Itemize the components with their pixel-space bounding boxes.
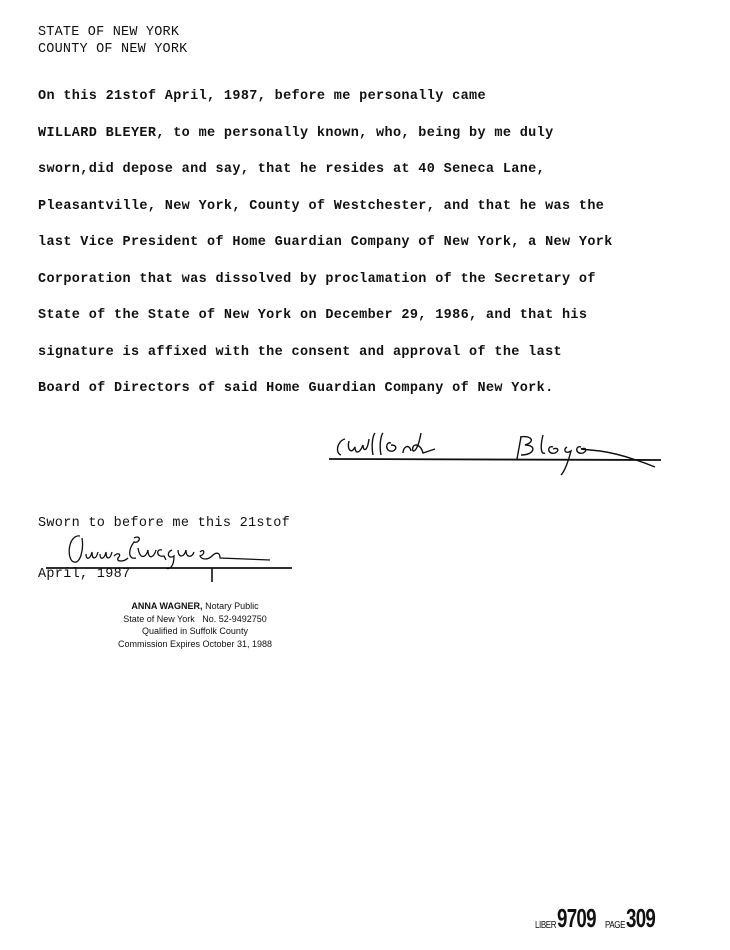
notary-qualified: Qualified in Suffolk County — [100, 625, 290, 638]
body-line: signature is affixed with the consent an… — [38, 335, 613, 372]
notary-title: Notary Public — [205, 601, 259, 611]
notary-state-line: State of New York No. 52-9492750 — [100, 613, 290, 626]
notary-expires: Commission Expires October 31, 1988 — [100, 638, 290, 651]
affiant-signature: Willard Bleyer — [325, 425, 670, 485]
body-line: Pleasantville, New York, County of Westc… — [38, 189, 613, 226]
body-line: last Vice President of Home Guardian Com… — [38, 225, 613, 262]
liber-number: 9709 — [557, 905, 596, 931]
body-line: Board of Directors of said Home Guardian… — [38, 371, 613, 408]
recording-stamp: LIBER 9709 PAGE 309 — [535, 905, 667, 931]
body-line: State of the State of New York on Decemb… — [38, 298, 613, 335]
venue-header: STATE OF NEW YORK COUNTY OF NEW YORK — [38, 24, 187, 58]
venue-county: COUNTY OF NEW YORK — [38, 41, 187, 58]
notary-stamp: ANNA WAGNER, Notary Public State of New … — [100, 600, 290, 650]
affidavit-body: On this 21stof April, 1987, before me pe… — [38, 79, 613, 408]
body-line: On this 21stof April, 1987, before me pe… — [38, 79, 613, 116]
page-number: 309 — [626, 905, 655, 931]
body-line: sworn,did depose and say, that he reside… — [38, 152, 613, 189]
notary-name-line: ANNA WAGNER, Notary Public — [100, 600, 290, 613]
venue-state: STATE OF NEW YORK — [38, 24, 187, 41]
page-label: PAGE — [605, 920, 625, 931]
notary-signature: Anna Wagner — [44, 530, 294, 585]
liber-label: LIBER — [535, 920, 556, 931]
body-line: Corporation that was dissolved by procla… — [38, 262, 613, 299]
body-line: WILLARD BLEYER, to me personally known, … — [38, 116, 613, 153]
notary-name: ANNA WAGNER, — [131, 601, 202, 611]
